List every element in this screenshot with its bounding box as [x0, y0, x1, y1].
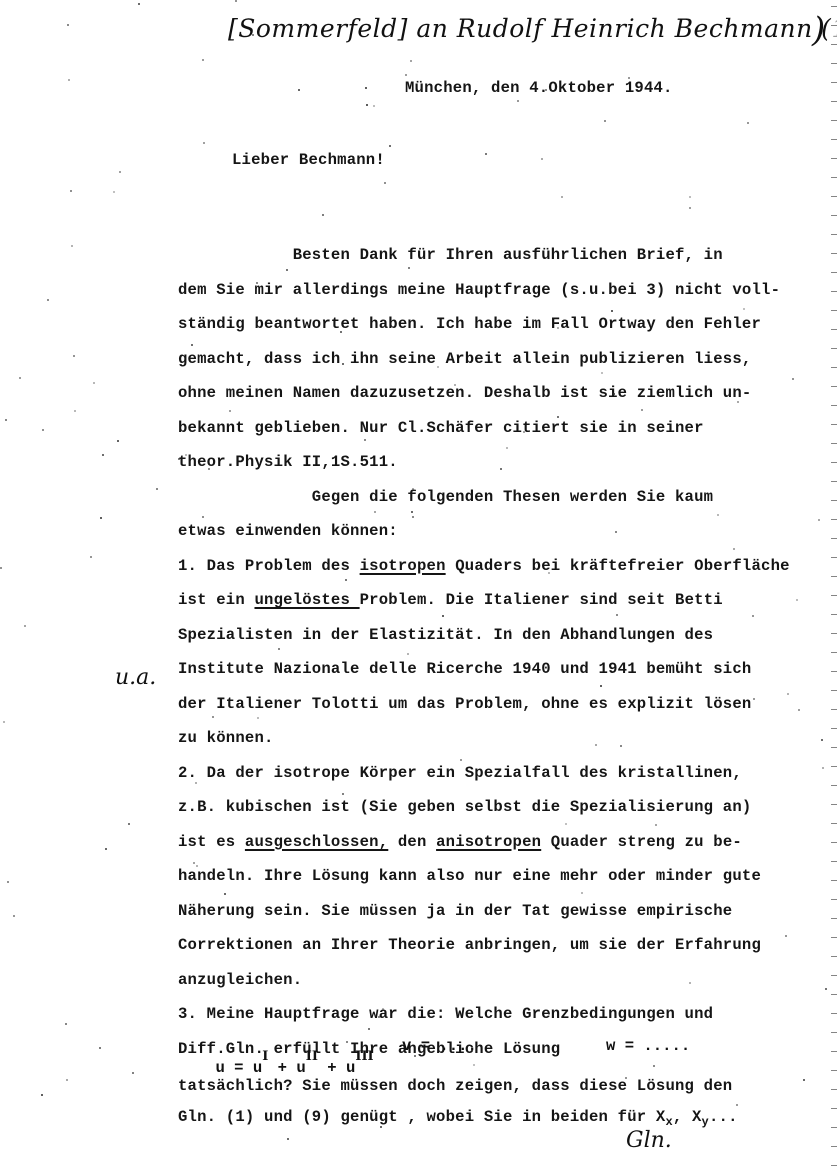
- scan-speck: [102, 454, 104, 456]
- scan-speck: [364, 439, 366, 441]
- paragraph-1-line: ständig beantwortet haben. Ich habe im F…: [178, 315, 761, 333]
- scan-speck: [252, 34, 254, 36]
- scan-speck: [3, 721, 5, 723]
- scan-speck: [689, 196, 691, 198]
- scan-speck: [615, 531, 617, 533]
- scan-speck: [380, 1126, 382, 1128]
- scan-speck: [655, 824, 657, 826]
- scan-speck: [620, 745, 622, 747]
- thesis-2-line: z.B. kubischen ist (Sie geben selbst die…: [178, 798, 751, 816]
- thesis-1-line: 1. Das Problem des isotropen Quaders bei…: [178, 557, 790, 575]
- thesis-2-line: Näherung sein. Sie müssen ja in der Tat …: [178, 902, 732, 920]
- scan-speck: [105, 848, 107, 850]
- scan-speck: [287, 1138, 289, 1140]
- thesis-1-line: Institute Nazionale delle Ricerche 1940 …: [178, 660, 751, 678]
- scan-speck: [641, 409, 643, 411]
- scan-speck: [66, 1079, 68, 1081]
- thesis-2-line: anzugleichen.: [178, 971, 302, 989]
- scan-speck: [460, 759, 462, 761]
- scan-speck: [717, 514, 719, 516]
- scan-speck: [485, 153, 487, 155]
- scan-speck: [345, 579, 347, 581]
- scan-speck: [119, 171, 121, 173]
- scan-speck: [796, 599, 798, 601]
- scan-speck: [803, 1079, 805, 1081]
- scan-speck: [208, 468, 210, 470]
- scan-speck: [787, 693, 789, 695]
- scan-speck: [792, 378, 794, 380]
- underlined-emphasis: anisotropen: [436, 833, 541, 851]
- thesis-2-line: handeln. Ihre Lösung kann also nur eine …: [178, 867, 761, 885]
- salutation: Lieber Bechmann!: [232, 151, 385, 169]
- scan-speck: [408, 267, 410, 269]
- underlined-emphasis: ungelöstes: [254, 591, 359, 609]
- scan-speck: [185, 454, 187, 456]
- scan-speck: [407, 653, 409, 655]
- scan-speck: [613, 393, 615, 395]
- scan-speck: [274, 32, 276, 34]
- scan-speck: [565, 823, 567, 825]
- equation-v: v = ....: [402, 1037, 477, 1055]
- equation-w: w = .....: [606, 1037, 690, 1055]
- scan-speck: [628, 77, 630, 79]
- scan-speck: [340, 331, 342, 333]
- scan-speck: [366, 104, 368, 106]
- scan-speck: [601, 372, 603, 374]
- thesis-3-line: 3. Meine Hauptfrage war die: Welche Gren…: [178, 1005, 713, 1023]
- thesis-1-line: ist ein ungelöstes Problem. Die Italiene…: [178, 591, 723, 609]
- scan-speck: [71, 245, 73, 247]
- scan-speck: [224, 893, 226, 895]
- scan-speck: [557, 327, 559, 329]
- scan-speck: [368, 1028, 370, 1030]
- paragraph-1-line: bekannt geblieben. Nur Cl.Schäfer citier…: [178, 419, 704, 437]
- scan-speck: [454, 384, 456, 386]
- scan-speck: [385, 292, 387, 294]
- scan-speck: [581, 892, 583, 894]
- scan-speck: [42, 429, 44, 431]
- scan-speck: [346, 1041, 348, 1043]
- margin-annotation: u.a.: [115, 665, 156, 690]
- paragraph-1-line: gemacht, dass ich ihn seine Arbeit allei…: [178, 350, 751, 368]
- scan-speck: [625, 1077, 627, 1079]
- scan-speck: [5, 419, 7, 421]
- scan-speck: [623, 911, 625, 913]
- place-and-date: München, den 4.Oktober 1944.: [405, 79, 673, 97]
- underlined-emphasis: ausgeschlossen,: [245, 833, 388, 851]
- scan-speck: [365, 87, 367, 89]
- scan-speck: [298, 89, 300, 91]
- scan-speck: [523, 431, 525, 433]
- scan-speck: [737, 401, 739, 403]
- bottom-annotation: Gln.: [626, 1128, 672, 1153]
- scan-speck: [465, 567, 467, 569]
- scan-speck: [412, 516, 414, 518]
- scan-speck: [611, 310, 613, 312]
- scan-speck: [257, 717, 259, 719]
- scan-speck: [156, 488, 158, 490]
- scan-speck: [132, 1072, 134, 1074]
- scan-speck: [647, 807, 649, 809]
- scan-speck: [191, 344, 193, 346]
- paragraph-1-line: Besten Dank für Ihren ausführlichen Brie…: [178, 246, 723, 264]
- underlined-emphasis: isotropen: [360, 557, 446, 575]
- scan-speck: [753, 698, 755, 700]
- scan-speck: [286, 269, 288, 271]
- paragraph-1-line: theor.Physik II,1S.511.: [178, 453, 398, 471]
- scan-edge-artifact: [831, 0, 837, 1169]
- scan-speck: [196, 865, 198, 867]
- scan-speck: [382, 1008, 384, 1010]
- archive-header-closing-bracket: ): [812, 10, 825, 50]
- scan-speck: [378, 1016, 380, 1018]
- scan-speck: [195, 782, 197, 784]
- paragraph-2-line: Gegen die folgenden Thesen werden Sie ka…: [178, 488, 713, 506]
- scan-speck: [437, 366, 439, 368]
- scan-speck: [473, 1064, 475, 1066]
- scan-speck: [412, 488, 414, 490]
- paragraph-1-line: dem Sie mir allerdings meine Hauptfrage …: [178, 281, 780, 299]
- scan-speck: [506, 447, 508, 449]
- scan-speck: [743, 308, 745, 310]
- scan-speck: [73, 355, 75, 357]
- scan-speck: [442, 615, 444, 617]
- scan-speck: [90, 556, 92, 558]
- scan-speck: [24, 625, 26, 627]
- scan-speck: [19, 377, 21, 379]
- scan-speck: [342, 363, 344, 365]
- thesis-2-line: Correktionen an Ihrer Theorie anbringen,…: [178, 936, 761, 954]
- scan-speck: [113, 191, 115, 193]
- scan-speck: [548, 572, 550, 574]
- scan-speck: [322, 214, 324, 216]
- scan-speck: [821, 739, 823, 741]
- scan-speck: [256, 282, 258, 284]
- scan-speck: [384, 182, 386, 184]
- scan-speck: [689, 982, 691, 984]
- scan-speck: [600, 685, 602, 687]
- scan-speck: [41, 1094, 43, 1096]
- scan-speck: [653, 1065, 655, 1067]
- scan-speck: [100, 517, 102, 519]
- scan-speck: [117, 440, 119, 442]
- paragraph-1-line: ohne meinen Namen dazuzusetzen. Deshalb …: [178, 384, 751, 402]
- scan-speck: [212, 716, 214, 718]
- scan-speck: [747, 122, 749, 124]
- scan-speck: [99, 1047, 101, 1049]
- letter-page: [Sommerfeld] an Rudolf Heinrich Bechmann…: [0, 0, 837, 1169]
- scan-speck: [561, 196, 563, 198]
- scan-speck: [68, 79, 70, 81]
- scan-speck: [235, 0, 237, 2]
- scan-speck: [128, 823, 130, 825]
- scan-speck: [0, 567, 2, 569]
- scan-speck: [818, 519, 820, 521]
- scan-speck: [389, 145, 391, 147]
- archive-header-annotation: [Sommerfeld] an Rudolf Heinrich Bechmann…: [228, 14, 837, 43]
- scan-speck: [374, 511, 376, 513]
- thesis-1-line: der Italiener Tolotti um das Problem, oh…: [178, 695, 751, 713]
- scan-speck: [595, 744, 597, 746]
- scan-speck: [278, 648, 280, 650]
- scan-speck: [202, 516, 204, 518]
- thesis-2-line: 2. Da der isotrope Körper ein Spezialfal…: [178, 764, 742, 782]
- scan-speck: [70, 190, 72, 192]
- scan-speck: [405, 74, 407, 76]
- scan-speck: [509, 629, 511, 631]
- thesis-2-line: ist es ausgeschlossen, den anisotropen Q…: [178, 833, 742, 851]
- scan-speck: [411, 511, 413, 513]
- scan-speck: [93, 382, 95, 384]
- scan-speck: [752, 615, 754, 617]
- scan-speck: [736, 1104, 738, 1106]
- scan-speck: [500, 468, 502, 470]
- scan-speck: [825, 988, 827, 990]
- scan-speck: [548, 1013, 550, 1015]
- scan-speck: [65, 1023, 67, 1025]
- thesis-1-line: zu können.: [178, 729, 274, 747]
- scan-speck: [381, 601, 383, 603]
- scan-speck: [74, 410, 76, 412]
- scan-speck: [733, 548, 735, 550]
- scan-speck: [67, 24, 69, 26]
- scan-speck: [517, 100, 519, 102]
- scan-speck: [557, 416, 559, 418]
- scan-speck: [373, 105, 375, 107]
- scan-speck: [342, 793, 344, 795]
- scan-speck: [410, 60, 412, 62]
- scan-speck: [616, 614, 618, 616]
- scan-speck: [13, 915, 15, 917]
- scan-speck: [472, 250, 474, 252]
- scan-speck: [785, 935, 787, 937]
- scan-speck: [229, 410, 231, 412]
- equation-line: u = uI + uII + uIII v = .... w = .....: [178, 1037, 374, 1131]
- scan-speck: [47, 299, 49, 301]
- scan-speck: [414, 1055, 416, 1057]
- scan-speck: [203, 142, 205, 144]
- scan-speck: [193, 862, 195, 864]
- scan-speck: [556, 1119, 558, 1121]
- scan-speck: [545, 89, 547, 91]
- scan-speck: [7, 881, 9, 883]
- scan-speck: [541, 158, 543, 160]
- paragraph-2-line: etwas einwenden können:: [178, 522, 398, 540]
- scan-speck: [202, 59, 204, 61]
- equation-u: u = uI + uII + uIII: [215, 1059, 373, 1077]
- thesis-1-line: Spezialisten in der Elastizität. In den …: [178, 626, 713, 644]
- scan-speck: [138, 3, 140, 5]
- scan-speck: [178, 458, 180, 460]
- scan-speck: [798, 709, 800, 711]
- scan-speck: [822, 767, 824, 769]
- scan-speck: [689, 207, 691, 209]
- scan-speck: [604, 120, 606, 122]
